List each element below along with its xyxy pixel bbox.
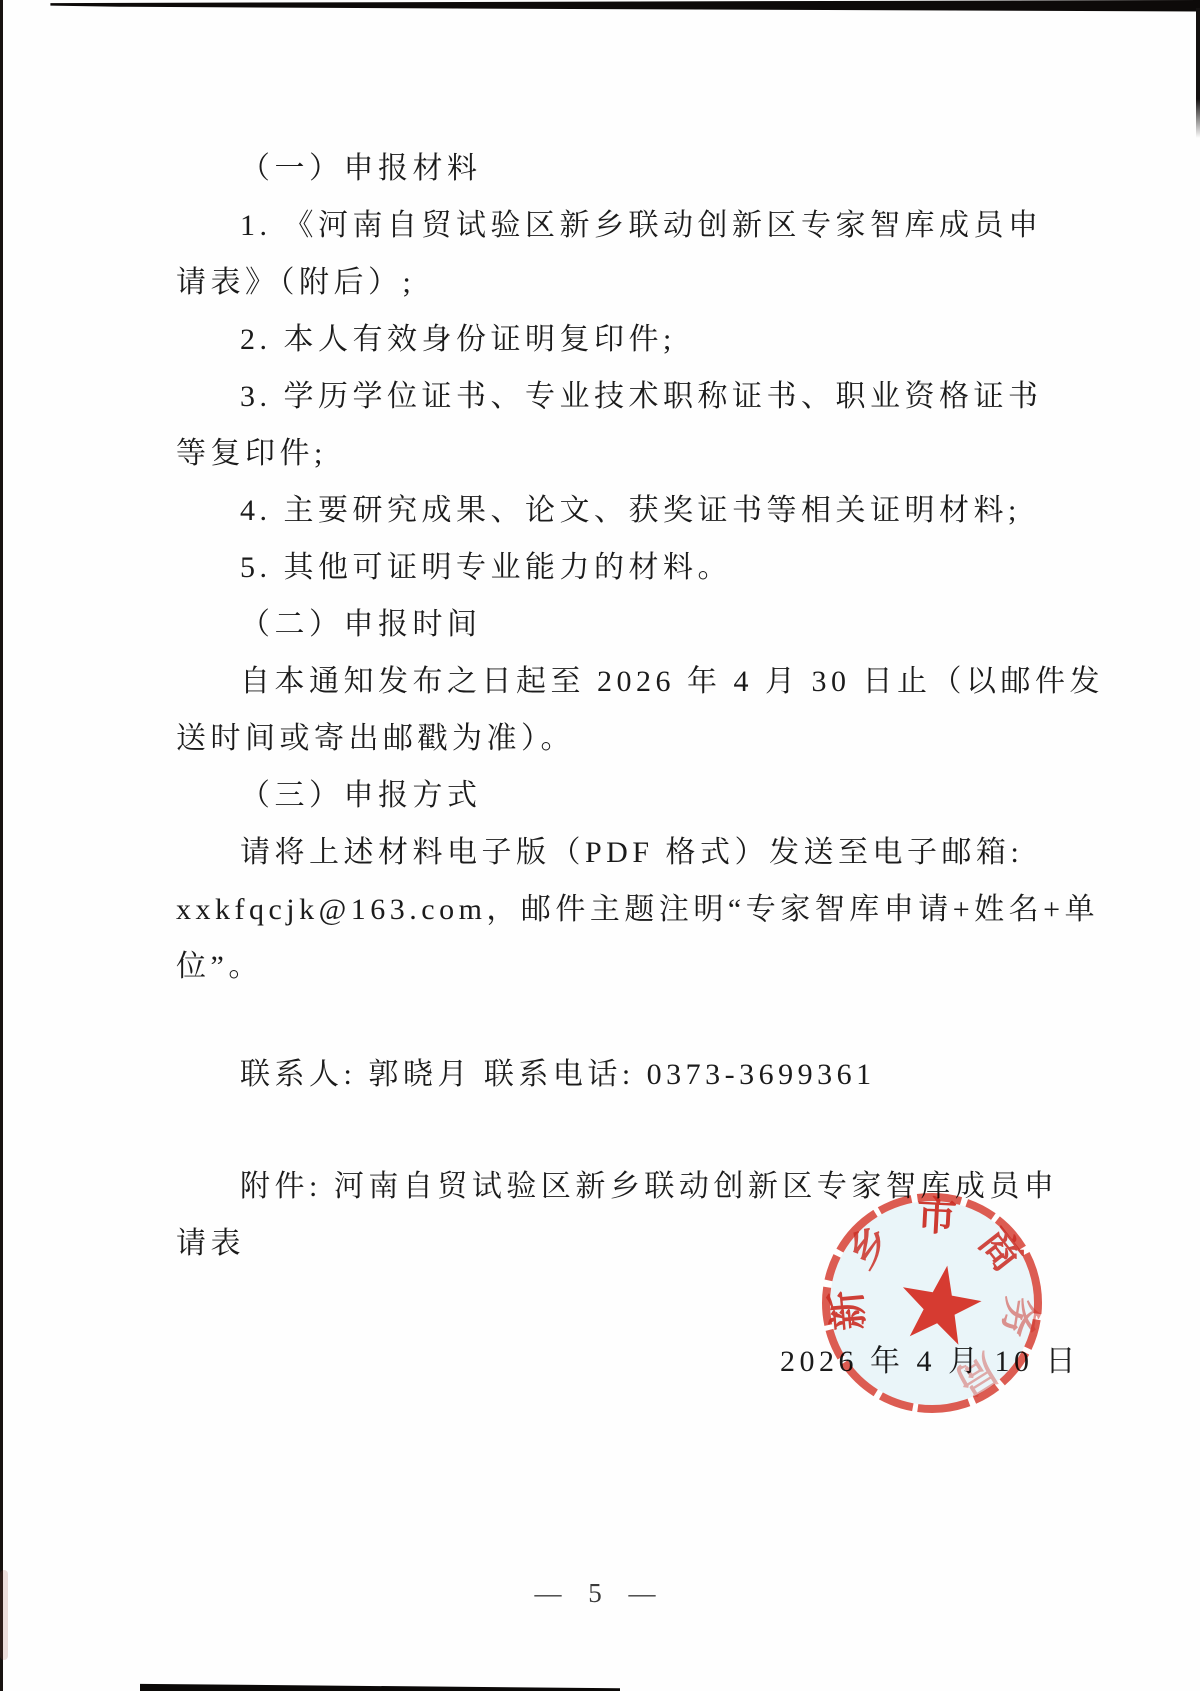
method-line-1: 请将上述材料电子版（PDF 格式）发送至电子邮箱:	[240, 834, 1023, 871]
section-heading-3: （三）申报方式	[240, 777, 482, 814]
official-seal: 新 乡 市 商 务 局	[802, 1173, 1062, 1433]
list-item-1-line-1: 1. 《河南自贸试验区新乡联动创新区专家智库成员申	[240, 207, 1043, 244]
section-heading-2: （二）申报时间	[240, 606, 482, 643]
section-heading-1: （一）申报材料	[240, 150, 482, 187]
attachment-line-2: 请表	[176, 1225, 245, 1262]
contact-line: 联系人: 郭晓月 联系电话: 0373-3699361	[240, 1056, 876, 1093]
scanned-document-page: （一）申报材料 1. 《河南自贸试验区新乡联动创新区专家智库成员申 请表》（附后…	[0, 0, 1200, 1691]
list-item-4: 4. 主要研究成果、论文、获奖证书等相关证明材料;	[240, 492, 1021, 529]
list-item-3-line-1: 3. 学历学位证书、专业技术职称证书、职业资格证书	[240, 378, 1043, 415]
list-item-1-line-2: 请表》（附后）;	[176, 264, 415, 301]
deadline-line-2: 送时间或寄出邮戳为准）。	[176, 720, 575, 757]
official-seal-graphic: 新 乡 市 商 务 局	[802, 1173, 1062, 1433]
seal-char-5: 务	[993, 1293, 1045, 1340]
list-item-3-line-2: 等复印件;	[176, 435, 327, 472]
scan-artifact-top-edge	[0, 0, 1200, 14]
scan-artifact-left-edge	[0, 0, 3, 1691]
list-item-5: 5. 其他可证明专业能力的材料。	[240, 549, 732, 586]
scan-artifact-bottom-edge	[140, 1680, 620, 1691]
scan-artifact-right-edge	[1196, 8, 1200, 138]
list-item-2: 2. 本人有效身份证明复印件;	[240, 321, 676, 358]
deadline-line-1: 自本通知发布之日起至 2026 年 4 月 30 日止（以邮件发	[240, 663, 1104, 700]
page-number: — 5 —	[0, 1578, 1200, 1609]
method-line-2-email: xxkfqcjk@163.com，邮件主题注明“专家智库申请+姓名+单	[176, 891, 1099, 928]
method-line-3: 位”。	[176, 948, 263, 985]
seal-char-1: 新	[824, 1288, 873, 1332]
seal-char-3: 市	[915, 1193, 957, 1241]
